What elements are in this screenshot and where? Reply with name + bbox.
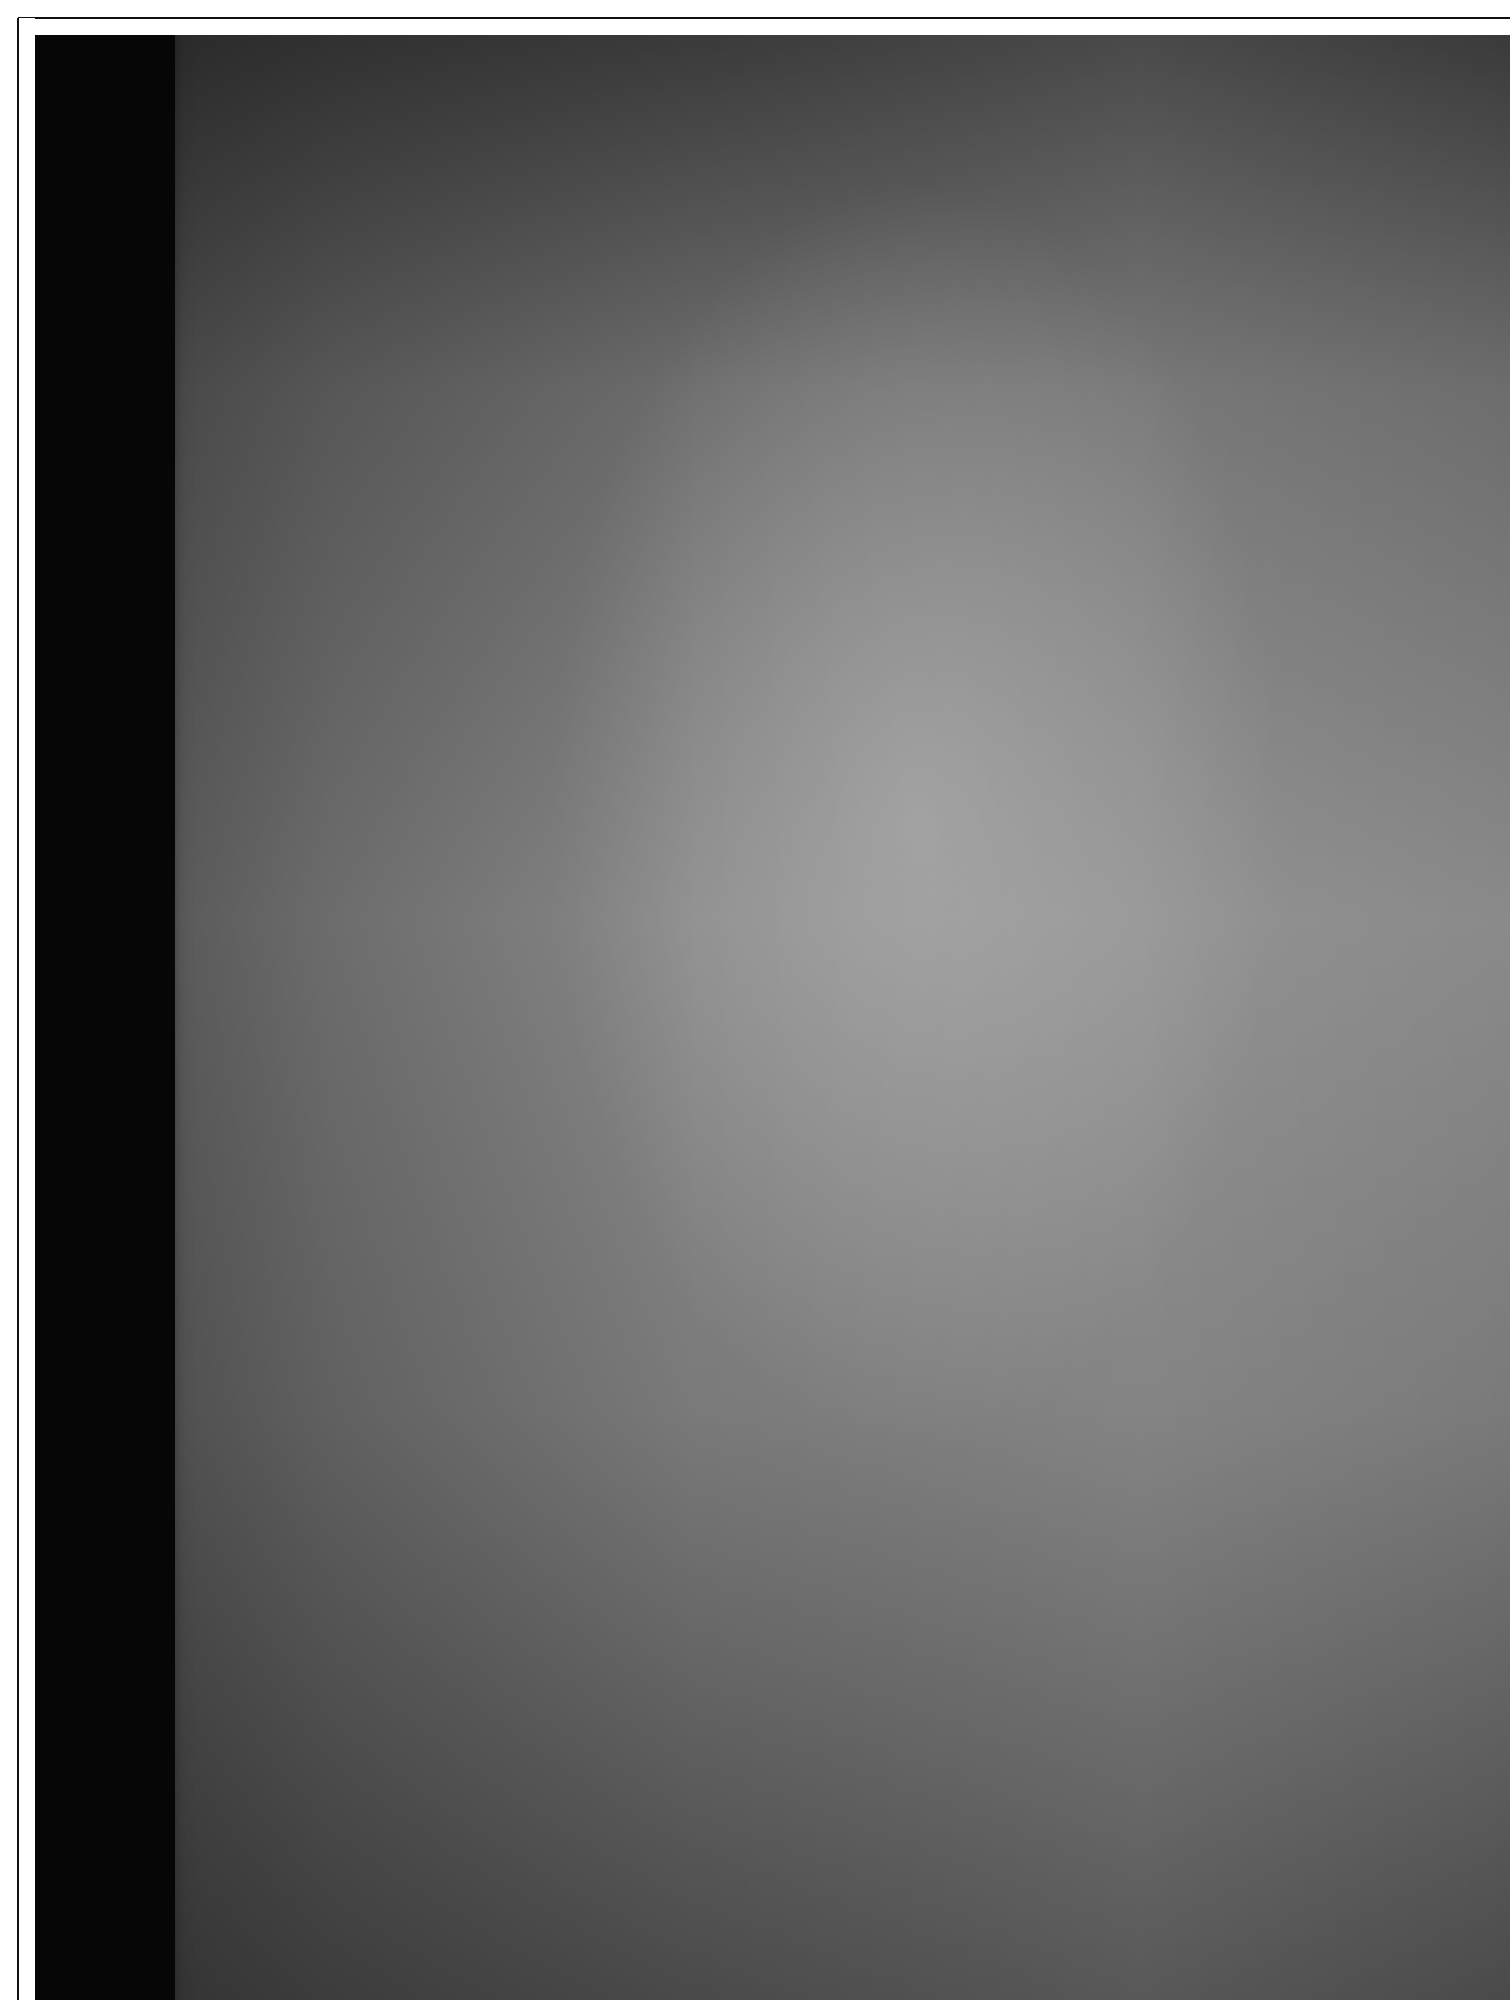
- lighting-gradient: [35, 35, 1510, 2000]
- margin-shadow-band: [35, 35, 175, 2000]
- manuscript-scan: [35, 35, 1510, 2000]
- ruler-baseline: [18, 17, 1510, 19]
- horizontal-ruler: [18, 0, 1510, 35]
- vertical-ruler: [0, 18, 35, 2000]
- ruler-baseline: [17, 18, 19, 2000]
